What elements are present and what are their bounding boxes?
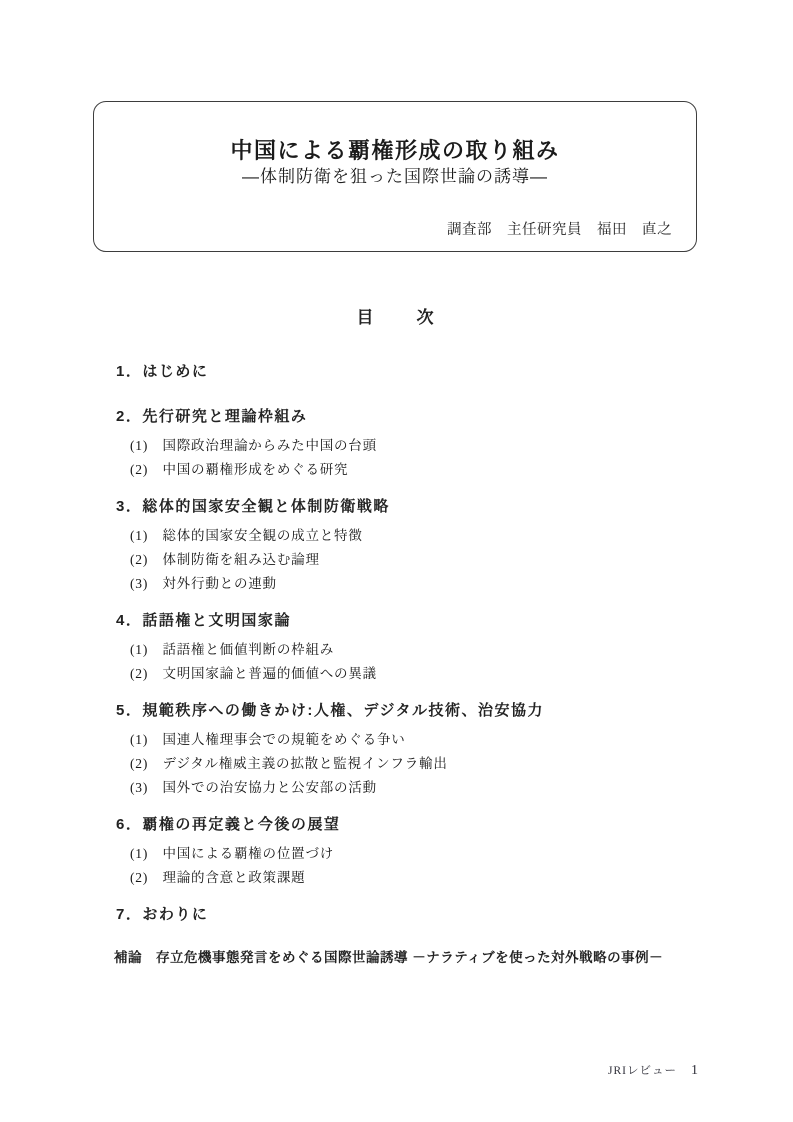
toc-section: 3．総体的国家安全観と体制防衛戦略(1) 総体的国家安全観の成立と特徴(2) 体… [116,497,716,596]
toc-section: 6．覇権の再定義と今後の展望(1) 中国による覇権の位置づけ(2) 理論的含意と… [116,815,716,890]
toc-section-label: 6．覇権の再定義と今後の展望 [116,815,716,835]
toc-section: 2．先行研究と理論枠組み(1) 国際政治理論からみた中国の台頭(2) 中国の覇権… [116,407,716,482]
document-page: 中国による覇権形成の取り組み ―体制防衛を狙った国際世論の誘導― 調査部 主任研… [0,0,793,1122]
title-box: 中国による覇権形成の取り組み ―体制防衛を狙った国際世論の誘導― 調査部 主任研… [93,101,697,252]
page-footer: JRIレビュー1 [608,1062,699,1079]
toc-subitem: (2) 中国の覇権形成をめぐる研究 [130,458,716,482]
toc-subitem: (3) 対外行動との連動 [130,572,716,596]
toc-section: 5．規範秩序への働きかけ:人権、デジタル技術、治安協力(1) 国連人権理事会での… [116,701,716,800]
toc-section-label: 2．先行研究と理論枠組み [116,407,716,427]
toc-subitem: (1) 話語権と価値判断の枠組み [130,638,716,662]
toc-section: 7．おわりに [116,905,716,925]
toc-subitem: (3) 国外での治安協力と公安部の活動 [130,776,716,800]
toc-heading: 目 次 [0,308,793,328]
toc-subitem: (1) 総体的国家安全観の成立と特徴 [130,524,716,548]
toc-section-label: 1．はじめに [116,362,716,382]
toc-list: 1．はじめに2．先行研究と理論枠組み(1) 国際政治理論からみた中国の台頭(2)… [116,362,716,925]
toc-appendix: 補論 存立危機事態発言をめぐる国際世論誘導 －ナラティブを使った対外戦略の事例－ [114,948,663,968]
toc-section-label: 7．おわりに [116,905,716,925]
page-number: 1 [691,1063,699,1078]
toc-subitem: (2) 体制防衛を組み込む論理 [130,548,716,572]
toc-subitem: (2) 文明国家論と普遍的価値への異議 [130,662,716,686]
toc-section-label: 5．規範秩序への働きかけ:人権、デジタル技術、治安協力 [116,701,716,721]
toc-section: 4．話語権と文明国家論(1) 話語権と価値判断の枠組み(2) 文明国家論と普遍的… [116,611,716,686]
document-subtitle: ―体制防衛を狙った国際世論の誘導― [94,166,696,188]
toc-section-label: 4．話語権と文明国家論 [116,611,716,631]
toc-subitem: (2) デジタル権威主義の拡散と監視インフラ輸出 [130,752,716,776]
toc-section-label: 3．総体的国家安全観と体制防衛戦略 [116,497,716,517]
toc-subitem: (1) 国連人権理事会での規範をめぐる争い [130,728,716,752]
document-title: 中国による覇権形成の取り組み [94,138,696,164]
toc-section: 1．はじめに [116,362,716,382]
author-line: 調査部 主任研究員 福田 直之 [94,220,696,240]
toc-subitem: (1) 国際政治理論からみた中国の台頭 [130,434,716,458]
journal-name: JRIレビュー [608,1065,677,1077]
toc-subitem: (1) 中国による覇権の位置づけ [130,842,716,866]
toc-subitem: (2) 理論的含意と政策課題 [130,866,716,890]
